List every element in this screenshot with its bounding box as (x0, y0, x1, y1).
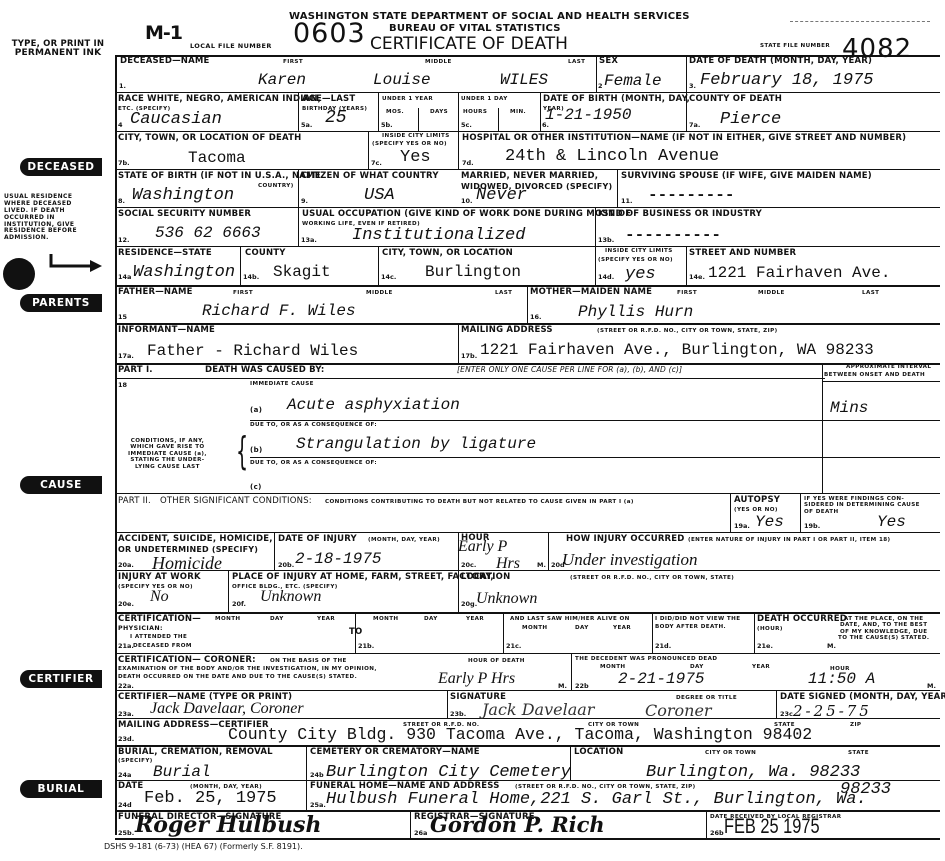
punch-hole-marker-icon (3, 258, 35, 290)
injury-date-hint: (MONTH, DAY, YEAR) (368, 537, 440, 543)
findings-line: SIDERED IN DETERMINING CAUSE (804, 502, 920, 508)
item-number: 22b (575, 682, 589, 690)
one-cause-hint: [ENTER ONLY ONE CAUSE PER LINE FOR (a), … (457, 366, 682, 374)
disposition-hint: (SPECIFY) (118, 758, 153, 764)
other-conditions-hint: CONDITIONS CONTRIBUTING TO DEATH BUT NOT… (325, 499, 634, 505)
cemetery-label: CEMETERY OR CREMATORY—NAME (310, 748, 480, 757)
citizenship-value: USA (364, 186, 395, 205)
registrar-signature: Gordon P. Rich (430, 812, 605, 837)
coroner-text-1: ON THE BASIS OF THE (270, 658, 347, 664)
place-of-injury-label: PLACE OF INJURY AT HOME, FARM, STREET, F… (232, 573, 494, 582)
cemetery-value: Burlington City Cemetery (326, 763, 571, 782)
local-file-number: 0603 (293, 18, 366, 49)
note-line: DATE, AND, TO THE BEST (838, 622, 929, 628)
residence-inside-city-value: yes (625, 265, 656, 284)
middle-label: MIDDLE (425, 59, 452, 65)
item-number: 23a. (118, 710, 134, 718)
item-number: 13a. (301, 236, 317, 244)
residence-arrow-icon (48, 254, 104, 277)
funeral-home-zip: 98233 (840, 780, 891, 799)
burial-state-label: STATE (848, 750, 869, 756)
page-title: CERTIFICATE OF DEATH (370, 34, 568, 54)
date-signed-value: 2-25-75 (793, 702, 872, 720)
date-of-death-value: February 18, 1975 (700, 71, 873, 90)
injury-hour-unit: Hrs (496, 555, 520, 573)
item-number: 21b. (358, 642, 374, 650)
cause-b-marker: (b) (250, 446, 263, 454)
item-number: 17a. (118, 352, 134, 360)
item-number: 10. (461, 197, 473, 205)
meridiem-label: M. (927, 682, 936, 690)
last-label: LAST (568, 59, 585, 65)
marital-status-label: MARRIED, NEVER MARRIED, (461, 172, 598, 181)
residence-city-label: CITY, TOWN, OR LOCATION (382, 249, 513, 258)
manner-label: ACCIDENT, SUICIDE, HOMICIDE, (118, 535, 273, 544)
section-tab-certifier: CERTIFIER (20, 670, 102, 688)
note-line: STATING THE UNDER- (128, 457, 207, 463)
informant-mailing-hint: (STREET OR R.F.D. NO., CITY OR TOWN, STA… (597, 328, 778, 334)
agency-line2: BUREAU OF VITAL STATISTICS (389, 24, 561, 35)
to-year-label: YEAR (466, 616, 484, 622)
part2-label: PART II. (118, 497, 151, 506)
occupation-value: Institutionalized (352, 226, 525, 245)
section-tab-deceased: DECEASED (20, 158, 102, 176)
last-saw-label: AND LAST SAW HIM/HER ALIVE ON (510, 616, 630, 622)
due-to-label-2: DUE TO, OR AS A CONSEQUENCE OF: (250, 460, 377, 466)
residence-city-value: Burlington (425, 263, 521, 281)
cause-a-marker: (a) (250, 406, 262, 414)
item-number: 5c. (461, 121, 472, 129)
death-occurred-hour-label: (HOUR) (757, 626, 783, 632)
father-last-label: LAST (495, 290, 512, 296)
part1-label: PART I. (118, 366, 153, 375)
from-day-label: DAY (270, 616, 284, 622)
item-number: 21e. (757, 642, 773, 650)
disposition-value: Burial (153, 763, 211, 781)
cause-b-value: Strangulation by ligature (296, 435, 536, 453)
coroner-cert-label: CERTIFICATION— CORONER: (118, 656, 256, 665)
mother-first-label: FIRST (677, 290, 697, 296)
other-conditions-label: OTHER SIGNIFICANT CONDITIONS: (160, 497, 312, 506)
item-number: 14b. (243, 273, 259, 281)
pronounced-label: THE DECEDENT WAS PRONOUNCED DEAD (575, 656, 717, 662)
item-number: 5b. (381, 121, 393, 129)
item-number: 23b. (450, 710, 466, 718)
item-number: 23d. (118, 735, 134, 743)
autopsy-label: AUTOPSY (734, 496, 780, 505)
residence-street-value: 1221 Fairhaven Ave. (708, 264, 890, 282)
hour-of-death-label: HOUR OF DEATH (468, 658, 525, 664)
last-saw-year-label: YEAR (613, 625, 631, 631)
permanent-ink-note: TYPE, OR PRINT IN PERMANENT INK (6, 40, 110, 58)
inside-city-limits-hint: (SPECIFY YES OR NO) (372, 141, 447, 147)
residence-inside-city-label: INSIDE CITY LIMITS (605, 248, 673, 254)
inside-city-limits-value: Yes (400, 148, 431, 167)
injury-location-value: Unknown (476, 590, 537, 608)
item-number: 4 (118, 121, 123, 129)
pronounced-year-label: YEAR (752, 664, 770, 670)
race-label: RACE WHITE, NEGRO, AMERICAN INDIAN, (118, 95, 321, 104)
item-number: 7a. (689, 121, 700, 129)
father-first-label: FIRST (233, 290, 253, 296)
item-number: 20e. (118, 600, 134, 608)
mother-name-label: MOTHER—MAIDEN NAME (530, 288, 652, 297)
injury-at-work-label: INJURY AT WORK (118, 573, 201, 582)
ssn-value: 536 62 6663 (155, 224, 261, 242)
citizenship-label: CITIZEN OF WHAT COUNTRY (301, 172, 439, 181)
business-value: ---------- (625, 226, 721, 244)
agency-line1: WASHINGTON STATE DEPARTMENT OF SOCIAL AN… (289, 12, 690, 23)
item-number: 7b. (118, 159, 130, 167)
hospital-value: 24th & Lincoln Avenue (505, 147, 719, 166)
item-number: 24a (118, 771, 131, 779)
county-of-death-value: Pierce (720, 110, 781, 129)
brace-icon: { (236, 432, 248, 470)
item-number: 14a (118, 273, 131, 281)
item-number: 25b. (118, 829, 134, 837)
surviving-spouse-label: SURVIVING SPOUSE (IF WIFE, GIVE MAIDEN N… (621, 172, 872, 181)
note-line: TO THE CAUSE(S) STATED. (838, 635, 929, 641)
residence-state-value: Washington (133, 263, 235, 282)
informant-name-label: INFORMANT—NAME (118, 326, 215, 335)
item-number: 8. (118, 197, 125, 205)
pronounced-date-value: 2-21-1975 (618, 670, 704, 688)
business-label: KIND OF BUSINESS OR INDUSTRY (598, 210, 762, 219)
hours-label: HOURS (463, 109, 487, 115)
meridiem-label: M. (558, 682, 567, 690)
ssn-label: SOCIAL SECURITY NUMBER (118, 210, 251, 219)
last-saw-day-label: DAY (575, 625, 589, 631)
informant-mailing-value: 1221 Fairhaven Ave., Burlington, WA 9823… (480, 341, 874, 359)
deceased-from-label: DECEASED FROM (133, 643, 192, 649)
immediate-cause-label: IMMEDIATE CAUSE (250, 381, 314, 387)
race-value: Caucasian (130, 110, 222, 129)
header-dash-marks (790, 21, 930, 22)
item-number: 20g. (461, 600, 477, 608)
state-of-birth-country: COUNTRY) (258, 183, 294, 189)
pronounced-hour-value: 11:50 A (808, 670, 875, 688)
item-number: 17b. (461, 352, 477, 360)
funeral-home-value: Hulbush Funeral Home,221 S. Garl St., Bu… (326, 790, 867, 809)
age-value: 25 (325, 108, 347, 128)
item-number: 9. (301, 197, 308, 205)
to-month-label: MONTH (373, 616, 399, 622)
certifier-name-value: Jack Davelaar, Coroner (150, 700, 304, 718)
mother-last-label: LAST (862, 290, 879, 296)
meridiem-label: M. (537, 561, 546, 569)
hospital-label: HOSPITAL OR OTHER INSTITUTION—NAME (IF N… (462, 134, 906, 143)
item-number: 2 (598, 82, 603, 90)
item-number: 14d. (598, 273, 614, 281)
conditions-note: CONDITIONS, IF ANY, WHICH GAVE RISE TO I… (128, 438, 207, 470)
section-tab-cause: CAUSE (20, 476, 102, 494)
item-number: 19b. (804, 522, 820, 530)
county-of-death-label: COUNTY OF DEATH (689, 95, 782, 104)
injury-at-work-value: No (150, 588, 169, 606)
item-number: 11. (621, 197, 633, 205)
mother-middle-label: MIDDLE (758, 290, 785, 296)
how-injury-label: HOW INJURY OCCURRED (566, 535, 685, 544)
funeral-director-signature: Roger Hulbush (135, 812, 321, 838)
caused-by-label: DEATH WAS CAUSED BY: (205, 366, 325, 375)
local-file-number-label: LOCAL FILE NUMBER (190, 43, 272, 50)
note-line: ADMISSION. (4, 235, 77, 242)
item-number: 5a. (301, 121, 312, 129)
minutes-label: MIN. (510, 109, 526, 115)
from-month-label: MONTH (215, 616, 241, 622)
residence-street-label: STREET AND NUMBER (689, 249, 796, 258)
autopsy-value: Yes (755, 513, 784, 531)
dob-value: 1-21-1950 (545, 106, 631, 124)
occupation-label: USUAL OCCUPATION (GIVE KIND OF WORK DONE… (302, 210, 631, 219)
item-number: 15 (118, 313, 127, 321)
state-of-birth-label: STATE OF BIRTH (IF NOT IN U.S.A., NAME (118, 172, 321, 181)
manner-value: Homicide (152, 553, 222, 574)
residence-county-value: Skagit (273, 263, 331, 281)
meridiem-label: M. (827, 642, 836, 650)
months-label: MOS. (386, 109, 404, 115)
viewed-body-label: I DID/DID NOT VIEW THE (655, 616, 740, 622)
injury-hour-value: Early P (458, 538, 507, 556)
last-saw-month-label: MONTH (522, 625, 548, 631)
informant-name-value: Father - Richard Wiles (147, 342, 358, 360)
burial-location-label: LOCATION (574, 748, 623, 757)
viewed-body-label2: BODY AFTER DEATH. (655, 624, 726, 630)
item-number: 21c. (506, 642, 521, 650)
injury-date-label: DATE OF INJURY (278, 535, 357, 544)
state-file-number-label: STATE FILE NUMBER (760, 43, 830, 49)
item-number: 26a (414, 829, 427, 837)
burial-date-value: Feb. 25, 1975 (144, 789, 277, 808)
disposition-label: BURIAL, CREMATION, REMOVAL (118, 748, 273, 757)
item-number: 7d. (462, 159, 474, 167)
item-number: 24b (310, 771, 324, 779)
interval-label: APPROXIMATE INTERVAL (846, 364, 931, 370)
item-number: 21d. (655, 642, 671, 650)
how-injury-hint: (ENTER NATURE OF INJURY IN PART I OR PAR… (688, 537, 891, 543)
injury-date-value: 2-18-1975 (295, 550, 381, 568)
date-signed-label: DATE SIGNED (MONTH, DAY, YEAR) (780, 693, 945, 702)
item-number: 23c (780, 710, 793, 718)
burial-date-label: DATE (118, 782, 143, 791)
item-number: 20f. (232, 600, 246, 608)
deceased-middle-name: Louise (373, 71, 431, 89)
interval-a-value: Mins (830, 399, 868, 417)
side-note-line2: PERMANENT INK (6, 49, 110, 58)
cause-c-marker: (c) (250, 483, 262, 491)
item-number: 1. (119, 82, 126, 90)
deceased-first-name: Karen (258, 71, 306, 89)
interval-label2: BETWEEN ONSET AND DEATH (824, 372, 925, 378)
physician-label: PHYSICIAN: (118, 625, 163, 632)
item-number: 16. (530, 313, 542, 321)
mother-name-value: Phyllis Hurn (578, 303, 693, 321)
city-of-death-value: Tacoma (188, 149, 246, 167)
death-occurred-label: DEATH OCCURRED (757, 615, 847, 624)
coroner-text-2: EXAMINATION OF THE BODY AND/OR THE INVES… (118, 666, 377, 672)
item-number: 25a. (310, 801, 326, 809)
residence-note: USUAL RESIDENCE WHERE DECEASED LIVED. IF… (4, 194, 77, 242)
certifier-title-signed: Coroner (645, 701, 712, 720)
injury-location-hint: (STREET OR R.F.D. NO., CITY OR TOWN, STA… (570, 575, 734, 581)
residence-inside-city-hint: (SPECIFY YES OR NO) (598, 257, 673, 263)
deceased-last-name: WILES (500, 71, 548, 89)
cause-a-value: Acute asphyxiation (287, 396, 460, 414)
item-number: 20b. (278, 561, 294, 569)
coroner-text-3: DEATH OCCURRED ON THE DATE AND DUE TO TH… (118, 674, 357, 680)
from-year-label: YEAR (317, 616, 335, 622)
father-name-value: Richard F. Wiles (202, 302, 356, 320)
death-occurred-note: AT THE PLACE, ON THE DATE, AND, TO THE B… (838, 616, 929, 642)
residence-state-label: RESIDENCE—STATE (118, 249, 212, 258)
informant-mailing-label: MAILING ADDRESS (461, 326, 553, 335)
surviving-spouse-value: --------- (648, 186, 734, 204)
item-number: 14e. (689, 273, 705, 281)
deceased-name-label: DECEASED—NAME (120, 57, 210, 66)
date-received-stamp: FEB 25 1975 (724, 815, 820, 839)
item-number: 24d (118, 801, 132, 809)
place-of-injury-value: Unknown (260, 588, 321, 606)
inside-city-limits-label: INSIDE CITY LIMITS (382, 133, 450, 139)
item-number: 20c. (461, 561, 476, 569)
certifier-signature: Jack Davelaar (482, 700, 594, 719)
zip-label: ZIP (850, 722, 861, 728)
item-number: 20a. (118, 561, 134, 569)
item-number: 3. (689, 82, 696, 90)
section-tab-burial: BURIAL (20, 780, 102, 798)
form-identifier: DSHS 9-181 (6-73) (HEA 67) (Formerly S.F… (104, 842, 303, 851)
item-number: 18 (118, 381, 127, 389)
date-of-death-label: DATE OF DEATH (MONTH, DAY, YEAR) (689, 57, 872, 66)
item-number: 14c. (381, 273, 396, 281)
city-of-death-label: CITY, TOWN, OR LOCATION OF DEATH (118, 134, 301, 143)
father-name-label: FATHER—NAME (118, 288, 193, 297)
first-label: FIRST (283, 59, 303, 65)
days-label: DAYS (430, 109, 448, 115)
age-label: AGE—LAST (302, 95, 355, 104)
residence-county-label: COUNTY (245, 249, 286, 258)
under-1-day-label: UNDER 1 DAY (461, 96, 508, 102)
sex-label: SEX (599, 57, 618, 66)
burial-location-value: Burlington, Wa. 98233 (646, 763, 860, 782)
how-injury-value: Under investigation (562, 550, 698, 570)
injury-location-label: LOCATION (461, 573, 510, 582)
state-of-birth-value: Washington (132, 186, 234, 205)
item-number: 22a. (118, 682, 134, 690)
note-line: WHICH GAVE RISE TO (128, 444, 207, 450)
item-number: 13b. (598, 236, 614, 244)
father-middle-label: MIDDLE (366, 290, 393, 296)
section-tab-parents: PARENTS (20, 294, 102, 312)
item-number: 7c. (371, 159, 382, 167)
sex-value: Female (604, 72, 662, 90)
to-day-label: DAY (424, 616, 438, 622)
note-line: LYING CAUSE LAST (128, 464, 207, 470)
certifier-mailing-value: County City Bldg. 930 Tacoma Ave., Tacom… (228, 725, 812, 744)
under-1-year-label: UNDER 1 YEAR (382, 96, 433, 102)
burial-city-label: CITY OR TOWN (705, 750, 756, 756)
item-number: 19a. (734, 522, 750, 530)
item-number: 21a. (118, 642, 134, 650)
hour-of-death-value: Early P Hrs (438, 670, 515, 688)
due-to-label-1: DUE TO, OR AS A CONSEQUENCE OF: (250, 422, 377, 428)
form-code: M-1 (145, 22, 182, 44)
marital-status-value: Never (476, 186, 527, 205)
attended-label: I ATTENDED THE (130, 634, 187, 640)
item-number: 12. (118, 236, 130, 244)
physician-cert-label: CERTIFICATION— (118, 615, 201, 624)
findings-value: Yes (877, 513, 906, 531)
dob-label: DATE OF BIRTH (MONTH, DAY, (543, 95, 690, 104)
to-label: TO (349, 628, 362, 637)
item-number: 26b (710, 829, 724, 837)
